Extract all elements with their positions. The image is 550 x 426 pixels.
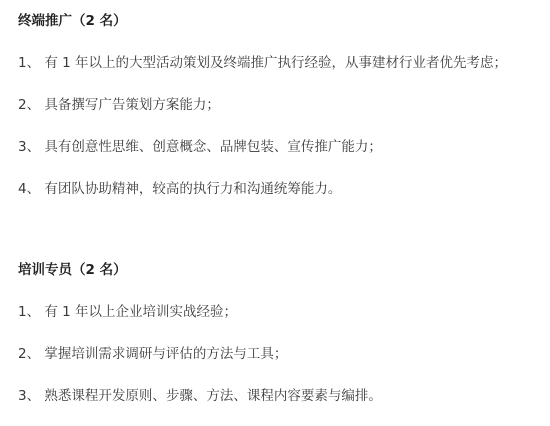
requirement-item: 4、 有团队协助精神，较高的执行力和沟通统筹能力。: [18, 180, 341, 198]
section-title-training-specialist: 培训专员（2 名）: [18, 261, 127, 279]
requirement-item: 2、 掌握培训需求调研与评估的方法与工具；: [18, 345, 287, 363]
section-title-terminal-promotion: 终端推广（2 名）: [18, 12, 127, 30]
requirement-item: 3、 熟悉课程开发原则、步骤、方法、课程内容要素与编排。: [18, 387, 382, 405]
requirement-item: 1、 有 1 年以上的大型活动策划及终端推广执行经验，从事建材行业者优先考虑；: [18, 54, 507, 72]
requirement-item: 1、 有 1 年以上企业培训实战经验；: [18, 303, 237, 321]
requirement-item: 3、 具有创意性思维、创意概念、品牌包装、宣传推广能力；: [18, 138, 382, 156]
requirement-item: 2、 具备撰写广告策划方案能力；: [18, 96, 220, 114]
